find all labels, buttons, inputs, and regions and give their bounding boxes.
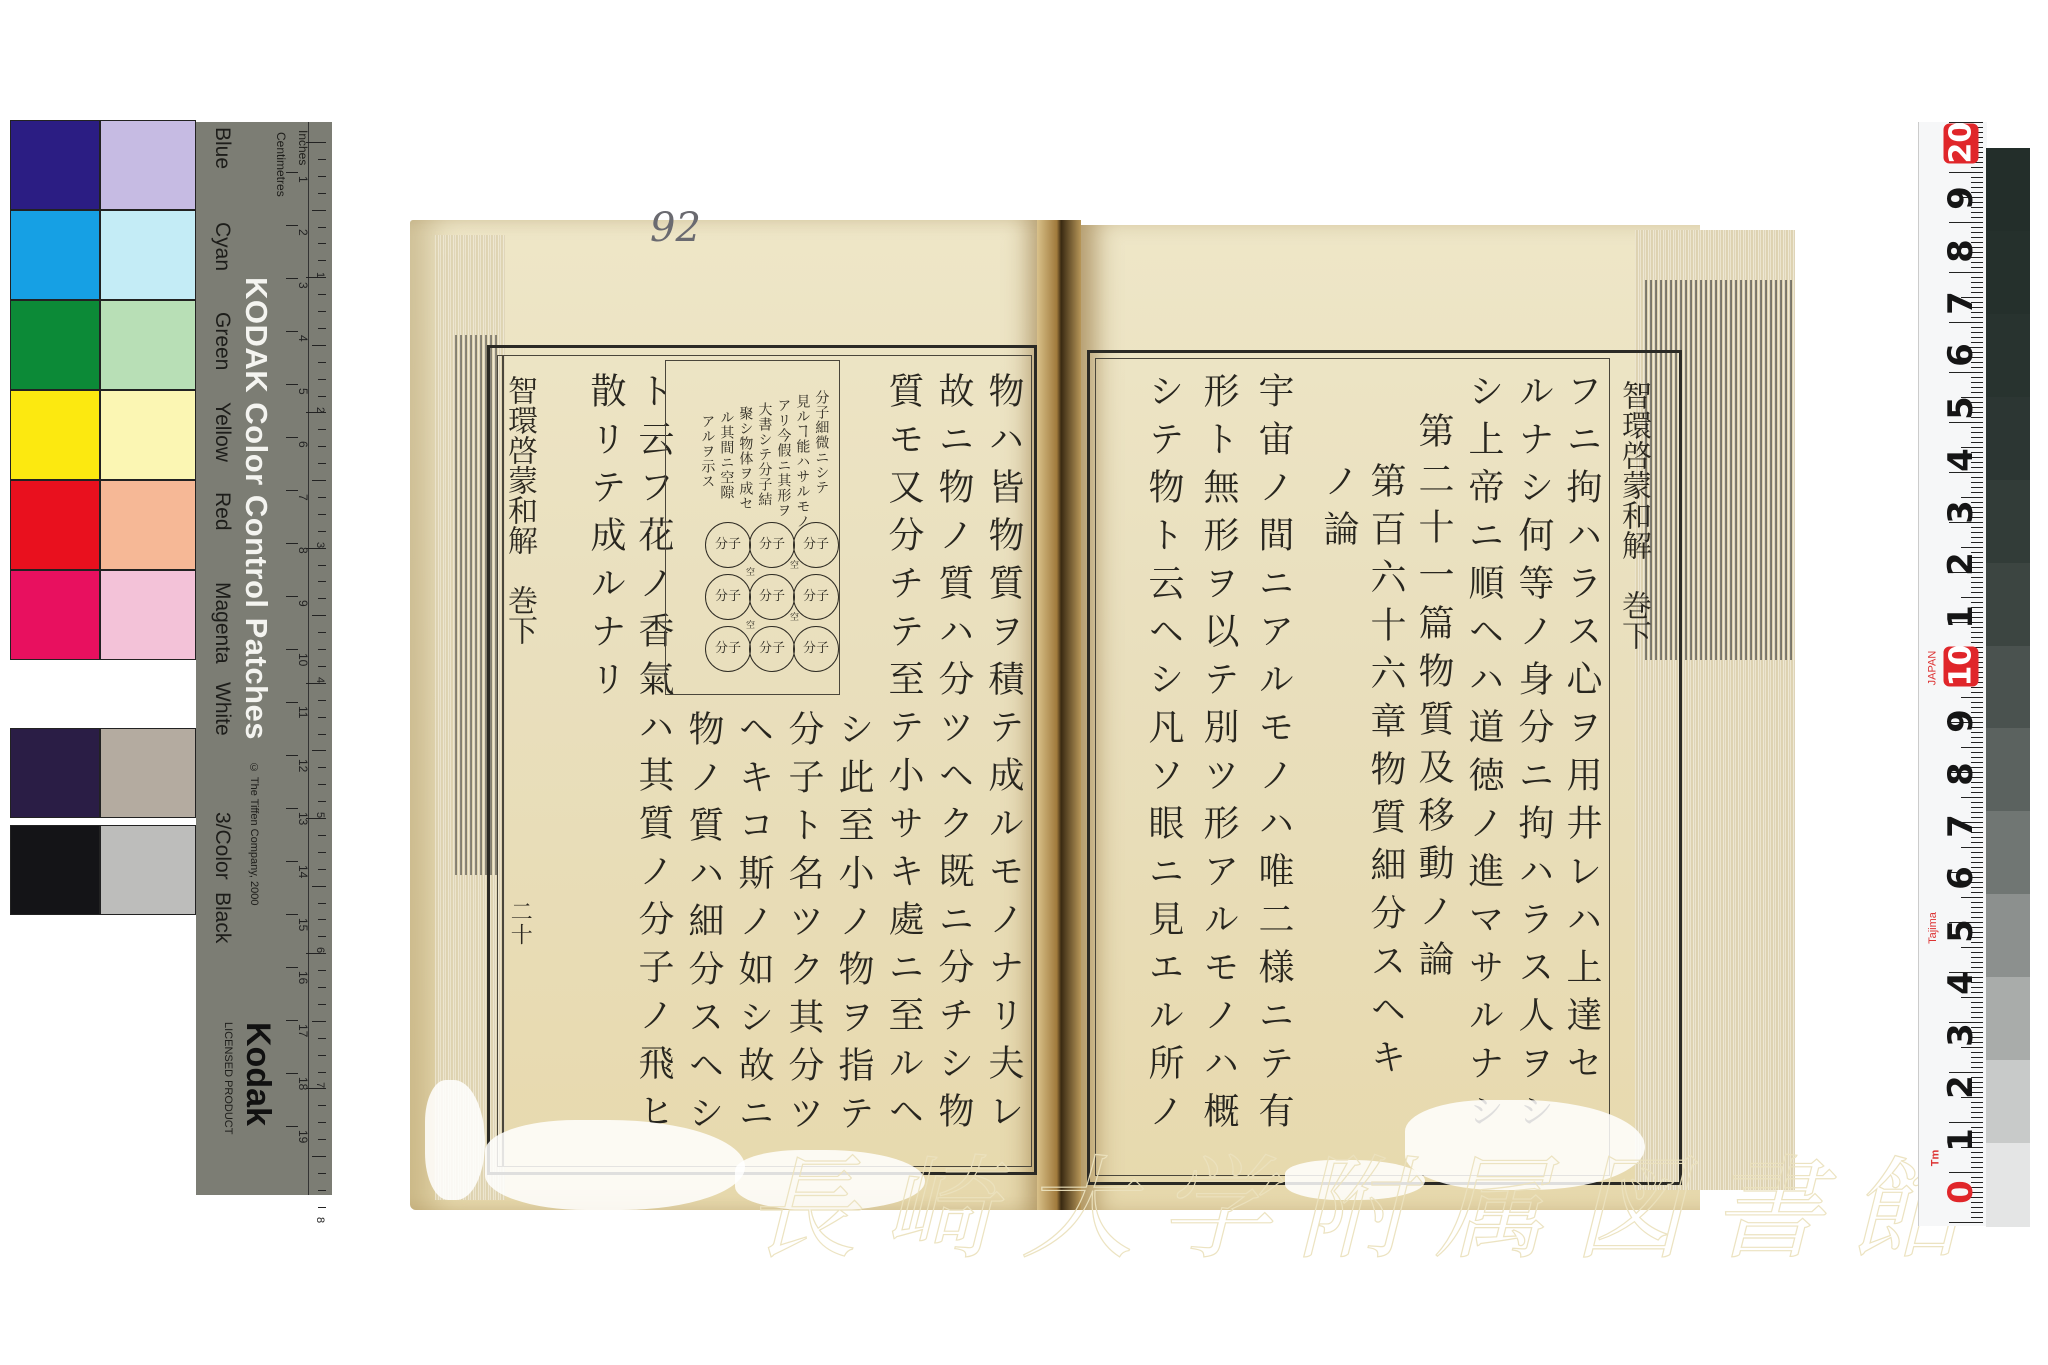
inch-tick bbox=[312, 615, 326, 616]
tape-tick bbox=[1971, 1112, 1983, 1113]
molecule-circle: 分子 bbox=[793, 574, 839, 620]
gray-step bbox=[1986, 646, 2030, 730]
inch-tick bbox=[318, 176, 326, 177]
color-patch-cyan bbox=[10, 210, 100, 300]
tape-tick bbox=[1971, 907, 1983, 908]
inch-tick bbox=[318, 717, 326, 718]
tape-tick bbox=[1971, 1212, 1983, 1213]
cm-number: 4 bbox=[296, 335, 310, 342]
cm-tick bbox=[286, 1073, 298, 1074]
cm-number: 15 bbox=[296, 918, 310, 931]
tape-tick bbox=[1971, 852, 1983, 853]
inch-tick bbox=[312, 480, 326, 481]
patch-label: Black bbox=[204, 892, 234, 943]
inch-tick bbox=[318, 649, 326, 650]
molecule-circle: 分子 bbox=[749, 522, 795, 568]
inch-tick bbox=[306, 142, 326, 143]
gray-step bbox=[1986, 1143, 2030, 1227]
tape-number: 0 bbox=[1941, 1172, 1981, 1212]
inch-tick bbox=[318, 159, 326, 160]
gray-step bbox=[1986, 811, 2030, 895]
cm-number: 2 bbox=[296, 229, 310, 236]
left-text-column: 質モ又分チテ至テ小サキ處ニ至ルヘ bbox=[885, 372, 921, 1140]
patch-label: Red bbox=[204, 492, 234, 531]
tape-tick bbox=[1971, 592, 1983, 593]
tape-number: 1 bbox=[1941, 1120, 1981, 1160]
tape-tick bbox=[1971, 587, 1983, 588]
inch-tick bbox=[318, 1105, 326, 1106]
tape-number: 7 bbox=[1941, 283, 1981, 323]
tape-tick bbox=[1971, 637, 1983, 638]
inch-tick bbox=[318, 1173, 326, 1174]
inch-number: 7 bbox=[314, 1082, 326, 1088]
tape-number: 9 bbox=[1941, 701, 1981, 741]
right-text-column: フニ拘ハラス心ヲ用井レハ上達セ bbox=[1563, 372, 1599, 1092]
right-text-column: 形ト無形ヲ以テ別ツ形アルモノハ概 bbox=[1200, 372, 1236, 1140]
color-patch-yellow-light bbox=[100, 390, 196, 480]
right-text-column: ノ論 bbox=[1320, 462, 1356, 558]
inch-tick bbox=[318, 260, 326, 261]
inch-tick bbox=[318, 632, 326, 633]
inch-tick bbox=[312, 1156, 326, 1157]
right-text-column: ルナシ何等ノ身分ニ拘ハラス人ヲシ bbox=[1515, 372, 1551, 1140]
tape-tick bbox=[1971, 432, 1983, 433]
color-patch-red-light bbox=[100, 480, 196, 570]
inch-number: 6 bbox=[314, 947, 326, 953]
tape-tick bbox=[1971, 1167, 1983, 1168]
cm-number: 14 bbox=[296, 865, 310, 878]
color-patch-blue bbox=[10, 120, 100, 210]
tape-number: 2 bbox=[1941, 544, 1981, 584]
tape-number: 3 bbox=[1941, 492, 1981, 532]
tape-tick bbox=[1971, 802, 1983, 803]
color-patch-3color-light bbox=[100, 728, 196, 818]
cm-tick bbox=[286, 967, 298, 968]
inch-tick bbox=[318, 243, 326, 244]
tape-number: 20 bbox=[1944, 124, 1979, 164]
cm-number: 10 bbox=[296, 653, 310, 666]
left-text-column: 故ニ物ノ質ハ分ツヘク既ニ分チシ物 bbox=[935, 372, 971, 1140]
right-running-title: 智環啓蒙和解 bbox=[1617, 380, 1650, 560]
cm-number: 12 bbox=[296, 759, 310, 772]
color-patch-cyan-light bbox=[100, 210, 196, 300]
tape-measure: 20987654321109876543210 JAPAN Tajima Tm bbox=[1918, 122, 1987, 1226]
diagram-caption-line: アリ今假ニ其形ヲ bbox=[775, 398, 790, 518]
molecule-circle: 分子 bbox=[705, 522, 751, 568]
tape-tick bbox=[1961, 697, 1983, 698]
tape-tick bbox=[1971, 1012, 1983, 1013]
tape-tick bbox=[1971, 752, 1983, 753]
gray-step bbox=[1986, 480, 2030, 564]
inch-tick bbox=[318, 514, 326, 515]
cm-tick bbox=[286, 1126, 298, 1127]
cm-tick bbox=[286, 755, 298, 756]
chart-copyright: © The Tiffen Company, 2000 bbox=[248, 762, 260, 905]
cm-tick bbox=[286, 702, 298, 703]
inch-tick bbox=[318, 396, 326, 397]
left-page-number: 二十 bbox=[507, 900, 531, 946]
tape-number: 1 bbox=[1941, 597, 1981, 637]
diagram-caption-line: 見ルヿ能ハサルモノ bbox=[794, 394, 809, 529]
color-patch-blue-light bbox=[100, 120, 196, 210]
kodak-color-chart: Inches Centimetres 123456789101112131415… bbox=[10, 120, 332, 1195]
paper-damage bbox=[485, 1120, 745, 1210]
tape-number: 5 bbox=[1941, 911, 1981, 951]
tape-number: 9 bbox=[1941, 178, 1981, 218]
inch-tick bbox=[318, 1055, 326, 1056]
inch-tick bbox=[318, 903, 326, 904]
left-text-column: 分子ト名ツク其分ツ bbox=[785, 710, 821, 1142]
inch-tick bbox=[306, 1088, 326, 1089]
inch-tick bbox=[306, 818, 326, 819]
tape-brand-tm: Tm bbox=[1929, 1150, 1941, 1167]
color-patch-yellow bbox=[10, 390, 100, 480]
cm-number: 3 bbox=[296, 282, 310, 289]
inch-tick bbox=[318, 311, 326, 312]
inch-number: 1 bbox=[314, 272, 326, 278]
patch-label: 3/Color bbox=[204, 812, 234, 880]
inch-tick bbox=[318, 294, 326, 295]
cm-tick bbox=[286, 1020, 298, 1021]
diagram-caption-line: 聚シ物体ヲ成セ bbox=[737, 406, 752, 511]
cm-tick bbox=[286, 172, 298, 173]
tape-tick bbox=[1971, 742, 1983, 743]
color-patch-green-light bbox=[100, 300, 196, 390]
right-text-column: シテ物ト云ヘシ凡ソ眼ニ見エル所ノ bbox=[1145, 372, 1181, 1140]
gap-label: 空 bbox=[790, 558, 799, 571]
tape-number: 4 bbox=[1941, 963, 1981, 1003]
gap-label: 空 bbox=[746, 565, 755, 578]
tape-tick bbox=[1971, 327, 1983, 328]
cm-tick bbox=[286, 808, 298, 809]
paper-damage bbox=[425, 1080, 485, 1200]
molecule-circle: 分子 bbox=[749, 626, 795, 672]
tape-number: 10 bbox=[1944, 647, 1979, 687]
color-patch-3color bbox=[10, 728, 100, 818]
inch-tick bbox=[318, 598, 326, 599]
inch-tick bbox=[318, 227, 326, 228]
left-margin-line bbox=[497, 355, 498, 1167]
centimetres-label: Centimetres bbox=[274, 132, 288, 197]
cm-tick bbox=[286, 225, 298, 226]
molecule-circle: 分子 bbox=[749, 574, 795, 620]
cm-tick bbox=[286, 596, 298, 597]
tape-tick bbox=[1971, 902, 1983, 903]
tape-tick bbox=[1971, 1007, 1983, 1008]
left-volume-label: 巻下 bbox=[503, 585, 536, 645]
inch-tick bbox=[318, 1139, 326, 1140]
left-text-column: 散リテ成ルナリ bbox=[587, 372, 623, 708]
cm-number: 9 bbox=[296, 600, 310, 607]
inch-tick bbox=[318, 852, 326, 853]
tape-tick bbox=[1971, 1117, 1983, 1118]
tape-tick bbox=[1971, 377, 1983, 378]
inch-tick bbox=[318, 1038, 326, 1039]
tape-tick bbox=[1971, 957, 1983, 958]
chart-title: KODAK Color Control Patches bbox=[238, 277, 274, 740]
tape-tick bbox=[1971, 692, 1983, 693]
tape-number: 8 bbox=[1941, 754, 1981, 794]
inch-tick bbox=[318, 531, 326, 532]
gray-step bbox=[1986, 148, 2030, 232]
inch-tick bbox=[312, 886, 326, 887]
inch-tick bbox=[318, 565, 326, 566]
tape-tick bbox=[1949, 272, 1983, 273]
molecule-circle: 分子 bbox=[705, 574, 751, 620]
gap-label: 空 bbox=[746, 618, 755, 631]
inch-tick bbox=[318, 1207, 326, 1208]
gray-step bbox=[1986, 977, 2030, 1061]
inch-tick bbox=[318, 987, 326, 988]
tape-tick bbox=[1961, 847, 1983, 848]
color-patch-magenta-light bbox=[100, 570, 196, 660]
diagram-caption-line: 大書シテ分子結 bbox=[756, 402, 771, 507]
tape-tick bbox=[1949, 222, 1983, 223]
tape-number: 8 bbox=[1941, 231, 1981, 271]
left-text-column: シ此至小ノ物ヲ指テ bbox=[835, 710, 871, 1142]
color-patch-magenta bbox=[10, 570, 100, 660]
inch-tick bbox=[318, 1004, 326, 1005]
inch-number: 2 bbox=[314, 407, 326, 413]
license-text: LICENSED PRODUCT bbox=[222, 1022, 234, 1134]
inch-tick bbox=[312, 345, 326, 346]
gap-label: 空 bbox=[790, 610, 799, 623]
tape-number: 5 bbox=[1941, 388, 1981, 428]
inch-tick bbox=[318, 835, 326, 836]
molecule-circle: 分子 bbox=[705, 626, 751, 672]
cm-number: 11 bbox=[296, 706, 310, 718]
tape-number: 2 bbox=[1941, 1067, 1981, 1107]
library-watermark: 長崎大学附属図書館 bbox=[745, 1120, 1905, 1260]
kodak-logo: Kodak bbox=[238, 1022, 277, 1126]
tape-tick bbox=[1971, 167, 1983, 168]
inch-tick bbox=[318, 970, 326, 971]
inch-tick bbox=[318, 463, 326, 464]
gray-step bbox=[1986, 314, 2030, 398]
cm-tick bbox=[286, 914, 298, 915]
inch-tick bbox=[306, 953, 326, 954]
gray-step bbox=[1986, 231, 2030, 315]
inch-number: 5 bbox=[314, 812, 326, 818]
tape-number: 6 bbox=[1941, 858, 1981, 898]
color-patch-black bbox=[10, 825, 100, 915]
gray-scale-ruler: Inches Centimetres 123456789101112131415… bbox=[196, 122, 332, 1195]
color-patch-black-light bbox=[100, 825, 196, 915]
left-text-column: 物ノ質ハ細分スヘシ bbox=[685, 710, 721, 1142]
inch-tick bbox=[318, 1072, 326, 1073]
tape-number: 6 bbox=[1941, 335, 1981, 375]
gray-step bbox=[1986, 1060, 2030, 1144]
cm-tick bbox=[286, 861, 298, 862]
tape-tick bbox=[1971, 277, 1983, 278]
tape-tick bbox=[1971, 487, 1983, 488]
tape-tick bbox=[1971, 482, 1983, 483]
tape-brand-japan: JAPAN bbox=[1926, 651, 1938, 686]
inch-number: 4 bbox=[314, 677, 326, 683]
inch-tick bbox=[312, 1021, 326, 1022]
tape-tick bbox=[1971, 1062, 1983, 1063]
inch-number: 8 bbox=[314, 1217, 326, 1223]
color-patch-red bbox=[10, 480, 100, 570]
inch-tick bbox=[318, 801, 326, 802]
gray-step-wedge bbox=[1986, 148, 2030, 1226]
left-running-title: 智環啓蒙和解 bbox=[503, 375, 536, 555]
cm-number: 1 bbox=[296, 176, 310, 183]
molecule-circle: 分子 bbox=[793, 522, 839, 568]
inch-tick bbox=[318, 936, 326, 937]
tape-number: 7 bbox=[1941, 806, 1981, 846]
gray-step bbox=[1986, 728, 2030, 812]
gray-step bbox=[1986, 894, 2030, 978]
tape-tick bbox=[1971, 1162, 1983, 1163]
cm-number: 17 bbox=[296, 1024, 310, 1037]
tape-tick bbox=[1971, 382, 1983, 383]
inch-tick bbox=[318, 497, 326, 498]
cm-number: 16 bbox=[296, 971, 310, 984]
cm-tick bbox=[286, 384, 298, 385]
patch-label: Magenta bbox=[204, 582, 234, 664]
patch-label: Yellow bbox=[204, 402, 234, 462]
left-text-column: ヘキコ斯ノ如シ故ニ bbox=[735, 710, 771, 1142]
inch-tick bbox=[318, 379, 326, 380]
tape-tick bbox=[1971, 227, 1983, 228]
right-text-column: 第二十一篇物質及移動ノ論 bbox=[1415, 412, 1451, 988]
right-volume-label: 巻下 bbox=[1617, 590, 1650, 650]
inch-tick bbox=[318, 700, 326, 701]
gray-step bbox=[1986, 563, 2030, 647]
tape-tick bbox=[1971, 1217, 1983, 1218]
inch-number: 3 bbox=[314, 542, 326, 548]
molecule-circle: 分子 bbox=[793, 626, 839, 672]
inch-tick bbox=[318, 193, 326, 194]
tape-tick bbox=[1961, 747, 1983, 748]
cm-tick bbox=[286, 437, 298, 438]
inch-tick bbox=[318, 1122, 326, 1123]
tape-brand-tajima: Tajima bbox=[1927, 912, 1939, 944]
patch-label: Blue bbox=[204, 127, 234, 169]
open-book: 92 智環啓蒙和解 巻下 二十 物ハ皆物質ヲ積テ成ルモノナリ夫レ故ニ物ノ質ハ分ツ… bbox=[405, 200, 1845, 1220]
tape-tick bbox=[1949, 1222, 1983, 1223]
patch-label: White bbox=[204, 682, 234, 736]
color-patch-green bbox=[10, 300, 100, 390]
right-text-column: 第百六十六章物質細分スヘキ bbox=[1367, 462, 1403, 1086]
book-gutter bbox=[1037, 220, 1081, 1210]
inch-tick bbox=[318, 362, 326, 363]
inch-tick bbox=[318, 446, 326, 447]
diagram-caption-line: アルヲ示ス bbox=[699, 414, 714, 489]
handwritten-page-number: 92 bbox=[650, 205, 701, 251]
tape-tick bbox=[1971, 1057, 1983, 1058]
tape-tick bbox=[1971, 952, 1983, 953]
tape-tick bbox=[1971, 437, 1983, 438]
inch-tick bbox=[318, 869, 326, 870]
cm-tick bbox=[286, 649, 298, 650]
gray-step bbox=[1986, 397, 2030, 481]
cm-number: 19 bbox=[296, 1130, 310, 1143]
patch-label: Cyan bbox=[204, 222, 234, 271]
cm-tick bbox=[286, 490, 298, 491]
tape-tick bbox=[1971, 687, 1983, 688]
inch-tick bbox=[318, 784, 326, 785]
left-text-column: 物ハ皆物質ヲ積テ成ルモノナリ夫レ bbox=[985, 372, 1021, 1140]
right-text-column: シ上帝ニ順ヘハ道徳ノ進マサルナシ bbox=[1465, 372, 1501, 1140]
tape-tick bbox=[1971, 1107, 1983, 1108]
tape-tick bbox=[1971, 542, 1983, 543]
tape-tick bbox=[1949, 172, 1983, 173]
inch-tick bbox=[318, 429, 326, 430]
cm-tick bbox=[286, 331, 298, 332]
cm-number: 6 bbox=[296, 441, 310, 448]
cm-tick bbox=[286, 278, 298, 279]
tape-number: 3 bbox=[1941, 1015, 1981, 1055]
inch-tick bbox=[318, 919, 326, 920]
inch-tick bbox=[318, 581, 326, 582]
inch-tick bbox=[318, 734, 326, 735]
tape-number: 4 bbox=[1941, 440, 1981, 480]
inch-tick bbox=[318, 767, 326, 768]
cm-tick bbox=[286, 543, 298, 544]
tape-tick bbox=[1971, 642, 1983, 643]
tape-tick bbox=[1971, 537, 1983, 538]
tape-tick bbox=[1971, 332, 1983, 333]
inch-tick bbox=[318, 1190, 326, 1191]
right-text-column: 宇宙ノ間ニアルモノハ唯二様ニテ有 bbox=[1255, 372, 1291, 1140]
inch-tick bbox=[312, 750, 326, 751]
tape-tick bbox=[1971, 532, 1983, 533]
diagram-caption-line: 分子細微ニシテ bbox=[813, 390, 828, 495]
cm-number: 7 bbox=[296, 494, 310, 501]
inch-tick bbox=[318, 666, 326, 667]
inch-tick bbox=[318, 328, 326, 329]
diagram-caption-line: ル其間ニ空隙 bbox=[718, 410, 733, 500]
inch-tick bbox=[312, 210, 326, 211]
tape-tick bbox=[1961, 797, 1983, 798]
cm-number: 5 bbox=[296, 388, 310, 395]
patch-label: Green bbox=[204, 312, 234, 370]
